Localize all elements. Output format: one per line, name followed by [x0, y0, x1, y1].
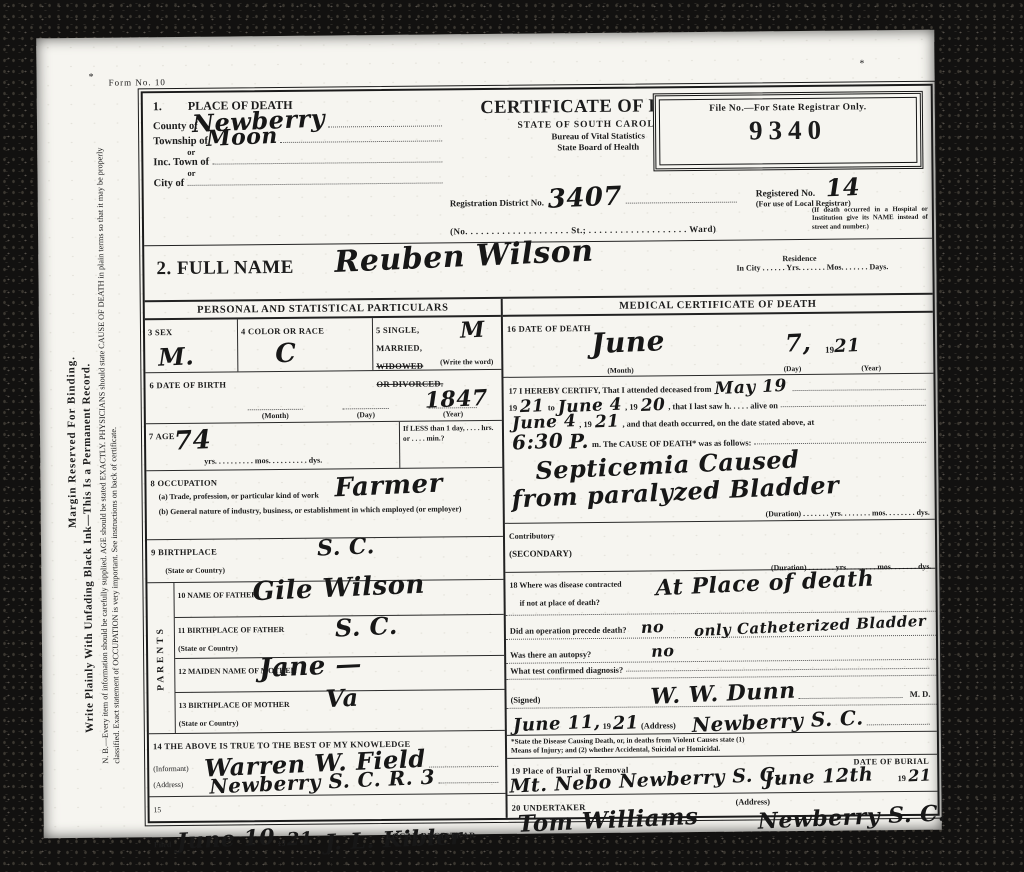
sign-year-prefix: 19: [603, 722, 611, 731]
scan-speck-right: *: [859, 58, 864, 69]
autopsy-answer-handwriting: no: [651, 641, 675, 661]
filed-year-handwriting: 21: [286, 828, 313, 850]
informant-address-label: (Address): [153, 780, 183, 789]
registration-district-label: Registration District No.: [450, 197, 544, 208]
filed-label: Filed: [154, 840, 171, 849]
footnote-line2: Means of Injury; and (2) whether Acciden…: [511, 745, 720, 755]
father-birthplace-handwriting: S. C.: [334, 611, 398, 643]
dotted-leader: [625, 202, 736, 204]
q18-number: 18: [509, 581, 517, 590]
certificate-page: Margin Reserved For Binding. Write Plain…: [36, 30, 942, 839]
scan-speck-left: *: [89, 72, 94, 83]
marital-value-handwriting: M: [460, 317, 486, 344]
sex-value-handwriting: M.: [158, 341, 195, 372]
marital-label-married: MARRIED,: [376, 343, 422, 353]
full-name-label: 2. FULL NAME: [156, 257, 294, 280]
race-number: 4: [241, 326, 246, 336]
age-row: 7 AGE 74 yrs. . . . . . . . . . mos. . .…: [146, 421, 502, 471]
registration-district-line: Registration District No. 3407: [450, 196, 740, 209]
father-bp-number: 11: [178, 626, 185, 635]
form-body: PERSONAL AND STATISTICAL PARTICULARS 3 S…: [145, 295, 938, 822]
date-of-birth-row: 6 DATE OF BIRTH (Month) (Day) (Year) 184…: [145, 370, 501, 424]
birthplace-label: BIRTHPLACE: [158, 547, 217, 558]
father-label: NAME OF FATHER: [187, 590, 257, 600]
margin-note-binding: Margin Reserved For Binding.: [64, 228, 79, 528]
marital-number: 5: [376, 325, 381, 335]
sign-address-handwriting: Newberry S. C.: [691, 705, 864, 737]
disease-contracted-row: 18 Where was disease contracted if not a…: [505, 569, 935, 616]
dotted-leader: [281, 140, 443, 143]
marital-label-widowed: WIDOWED: [376, 361, 423, 371]
margin-note-ink: Write Plainly With Unfading Black Ink—Th…: [78, 133, 96, 733]
dob-month-hint: (Month): [248, 409, 303, 421]
race-label: COLOR OR RACE: [248, 326, 324, 337]
parents-rows: 10 NAME OF FATHER Gile Wilson 11 BIRTHPL…: [174, 580, 504, 733]
filed-number: 15: [154, 805, 162, 814]
registered-no-label: Registered No.: [756, 189, 816, 200]
test-label: What test confirmed diagnosis?: [510, 666, 623, 676]
burial-row: 19 Place of Burial or Removal DATE OF BU…: [507, 755, 937, 796]
sex-number: 3: [148, 327, 153, 337]
marital-hint: (Write the word): [440, 357, 493, 367]
operation-label: Did an operation precede death?: [510, 626, 627, 636]
form-header: 1. PLACE OF DEATH County of Newberry Tow…: [143, 86, 932, 247]
occupation-row: 8 OCCUPATION (a) Trade, profession, or p…: [146, 468, 503, 540]
sex-race-marital-row: 3 SEX M. 4 COLOR OR RACE C 5 SINGLE, MAR…: [145, 317, 501, 373]
dotted-leader: [429, 766, 498, 768]
age-label: AGE: [155, 431, 174, 441]
birthplace-value-handwriting: S. C.: [317, 533, 376, 562]
dob-label: DATE OF BIRTH: [156, 380, 226, 391]
mother-number: 12: [178, 667, 186, 676]
parents-strip: PARENTS: [147, 583, 175, 733]
dotted-leader: [754, 442, 926, 445]
certify-year3-handwriting: 21: [594, 413, 619, 433]
age-cell: 7 AGE 74 yrs. . . . . . . . . . mos. . .…: [146, 422, 399, 470]
informant-label: (Informant): [153, 764, 189, 773]
inc-town-label: Inc. Town of: [153, 157, 209, 169]
filed-row: 15 Filed June 10 19 21 J. L. Kibler LOCA…: [149, 794, 506, 851]
hospital-instruction-note: (If death occurred in a Hospital or Inst…: [812, 206, 928, 233]
dob-number: 6: [149, 380, 154, 390]
signed-label: (Signed): [511, 696, 541, 705]
file-number-label: File No.—For State Registrar Only.: [662, 102, 914, 114]
city-label: City of: [154, 178, 185, 189]
registered-no-value-handwriting: 14: [825, 172, 861, 203]
md-label: M. D.: [910, 689, 931, 699]
dob-value-handwriting: 1847: [424, 385, 488, 414]
undertaker-address-handwriting: Newberry S. C.: [757, 800, 946, 834]
dod-year-prefix: 19: [825, 345, 834, 355]
father-name-handwriting: Gile Wilson: [252, 570, 426, 608]
date-of-death-row: 16 DATE OF DEATH June 7, 19 21 (Month) (…: [503, 313, 934, 378]
mother-bp-number: 13: [179, 701, 187, 710]
certify-year3-prefix: , 19: [579, 420, 592, 429]
dotted-leader: [793, 388, 926, 390]
sign-date-handwriting: June 11,: [512, 711, 601, 736]
mother-birthplace-row: 13 BIRTHPLACE OF MOTHER(State or Country…: [175, 690, 504, 733]
margin-note-nb: N. B.—Every item of information should b…: [94, 115, 134, 763]
full-name-number: 2.: [156, 258, 171, 279]
certify-text2: , that I last saw h. . . . . alive on: [668, 401, 778, 411]
death-time-handwriting: 6:30: [512, 429, 564, 453]
age-less-than-day-note: If LESS than 1 day, . . . . hrs. or . . …: [399, 421, 502, 468]
burial-year-handwriting: 21: [908, 765, 932, 785]
residence-units: In City . . . . . . Yrs. . . . . . . Mos…: [736, 262, 926, 273]
dod-year-hint: (Year): [861, 363, 881, 372]
dotted-leader: [438, 782, 498, 784]
dod-day-hint: (Day): [784, 364, 802, 373]
form-number: Form No. 10: [109, 77, 166, 88]
undertaker-row: 20 UNDERTAKER Tom Williams (Address) New…: [507, 792, 937, 818]
q18-label-line1: Where was disease contracted: [519, 580, 621, 590]
certificate-form: 1. PLACE OF DEATH County of Newberry Tow…: [141, 84, 940, 824]
contributory-label: Contributory: [509, 531, 555, 540]
dod-month-hint: (Month): [607, 366, 633, 375]
dob-day-hint: (Day): [343, 408, 389, 419]
sign-address-label: (Address): [641, 721, 676, 730]
occupation-b-label: (b) General nature of industry, business…: [159, 504, 499, 517]
dotted-leader: [799, 697, 903, 699]
file-number-value: 9340: [662, 114, 914, 147]
burial-year-prefix: 19: [898, 774, 906, 783]
township-value-handwriting: Moon: [205, 123, 278, 152]
occupation-a-label: (a) Trade, profession, or particular kin…: [159, 489, 499, 502]
occupation-label: OCCUPATION: [157, 478, 217, 489]
sex-label: SEX: [155, 327, 173, 337]
sex-cell: 3 SEX M.: [145, 319, 238, 372]
filed-date-handwriting: June 10: [177, 824, 276, 854]
birthplace-number: 9: [151, 547, 156, 557]
place-of-death-section: 1. PLACE OF DEATH County of Newberry Tow…: [153, 96, 446, 189]
certify-year2-prefix: , 19: [625, 403, 638, 412]
autopsy-label: Was there an autopsy?: [510, 650, 591, 660]
age-units: yrs. . . . . . . . . . mos. . . . . . . …: [204, 456, 322, 466]
mother-name-handwriting: Jane —: [259, 650, 363, 685]
mother-bp-label: BIRTHPLACE OF MOTHER: [188, 700, 289, 710]
attended-from-handwriting: May 19: [714, 377, 787, 399]
certify-text3: , and that death occurred, on the date s…: [622, 418, 814, 429]
age-value-handwriting: 74: [173, 425, 211, 457]
full-name-caption: FULL NAME: [177, 257, 294, 279]
dotted-leader: [781, 405, 926, 407]
filed-year-prefix: 19: [277, 839, 285, 848]
race-value-handwriting: C: [275, 338, 298, 369]
dod-day-handwriting: 7,: [784, 327, 811, 357]
informant-number: 14: [153, 741, 162, 751]
mother-bp-hint: (State or Country): [179, 718, 239, 728]
occupation-number: 8: [150, 478, 155, 488]
father-bp-label: BIRTHPLACE OF FATHER: [187, 625, 284, 635]
dod-month-handwriting: June: [590, 324, 665, 360]
full-name-row: 2. FULL NAME Reuben Wilson Residence In …: [144, 239, 933, 303]
father-number: 10: [177, 591, 185, 600]
marital-label-single: SINGLE,: [383, 325, 419, 335]
age-number: 7: [149, 431, 154, 441]
certify-number: 17: [509, 387, 517, 396]
sign-date-row: June 11, 19 21 (Address) Newberry S. C.: [507, 705, 937, 736]
death-ampm-handwriting: P.: [569, 430, 590, 453]
color-race-cell: 4 COLOR OR RACE C: [238, 318, 373, 371]
file-number-box: File No.—For State Registrar Only. 9340: [653, 91, 924, 172]
secondary-label: (SECONDARY): [509, 548, 572, 559]
father-bp-hint: (State or Country): [178, 644, 238, 654]
residence-block: Residence In City . . . . . . Yrs. . . .…: [736, 253, 926, 273]
burial-date-handwriting: June 12th: [764, 764, 874, 791]
certify-year1-prefix: 19: [509, 404, 517, 413]
undertaker-address-label: (Address): [736, 797, 771, 806]
parents-block: PARENTS 10 NAME OF FATHER Gile Wilson 11…: [147, 580, 504, 734]
dotted-leader: [626, 668, 929, 672]
occupation-value-handwriting: Farmer: [334, 469, 444, 504]
physician-signature-handwriting: W. W. Dunn: [650, 678, 796, 710]
marital-cell: 5 SINGLE, MARRIED, WIDOWED OR DIVORCED. …: [373, 317, 501, 370]
medical-certificate-column: MEDICAL CERTIFICATE OF DEATH 16 DATE OF …: [503, 295, 938, 818]
street-ward-line: (No. . . . . . . . . . . . . . . . . . .…: [450, 223, 750, 236]
registration-district-value-handwriting: 3407: [547, 181, 623, 214]
signed-row: (Signed) W. W. Dunn M. D.: [506, 676, 936, 709]
personal-particulars-column: PERSONAL AND STATISTICAL PARTICULARS 3 S…: [145, 299, 508, 821]
registered-no-block: Registered No. 14 (For use of Local Regi…: [756, 186, 924, 209]
section1-number: 1.: [153, 99, 162, 114]
birthplace-hint: (State or Country): [165, 566, 225, 576]
local-registrar-label: LOCAL REGISTRAR: [386, 830, 476, 841]
operation-answer-handwriting: no: [640, 617, 664, 637]
dotted-leader: [328, 125, 442, 127]
q18-answer-handwriting: At Place of death: [655, 566, 875, 602]
dotted-leader: [187, 182, 442, 185]
q18-label-line2: if not at place of death?: [520, 598, 600, 608]
dotted-leader: [212, 161, 442, 164]
dod-year-handwriting: 21: [834, 335, 861, 357]
mother-birthplace-handwriting: Va: [325, 683, 359, 713]
parents-label: PARENTS: [156, 626, 167, 691]
sign-year-handwriting: 21: [612, 712, 639, 734]
dotted-leader: [867, 724, 930, 726]
certification-block: 17 I HEREBY CERTIFY, That I attended dec…: [503, 374, 934, 524]
informant-row: 14 THE ABOVE IS TRUE TO THE BEST OF MY K…: [149, 731, 506, 797]
certify-year2-handwriting: 20: [640, 396, 665, 416]
